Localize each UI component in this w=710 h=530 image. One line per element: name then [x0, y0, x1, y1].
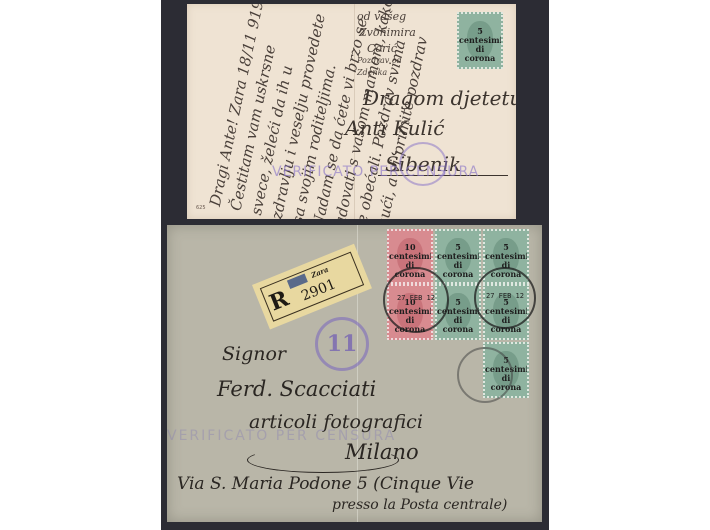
milano-underline — [247, 447, 399, 473]
stamp-5c: 5centesimidi corona — [435, 229, 481, 284]
postmark — [457, 347, 513, 403]
address-line: Ferd. Scacciati — [217, 377, 376, 401]
censor-stamp: VERIFICATO PER CENSURA — [272, 164, 479, 180]
sender-line: Corić — [367, 42, 397, 55]
overprint-text: di corona — [437, 316, 479, 334]
postcard-stamp: 5 centesimi di corona — [457, 12, 503, 69]
sender-line: Zdenka — [357, 68, 387, 77]
postmark-date: 27 FEB 12 — [476, 292, 534, 300]
postmark-date: 27 FEB 12 — [385, 294, 447, 302]
overprint-text: di corona — [437, 261, 479, 279]
sender-line: Zvonimira — [359, 26, 416, 39]
address-line: articoli fotografici — [249, 411, 423, 433]
stamp-overprint: 5centesimidi corona — [437, 243, 479, 279]
sender-line: Pozdrav od — [357, 56, 402, 65]
address-line: presso la Posta centrale) — [332, 497, 507, 513]
sender-line: od vašeg — [357, 10, 406, 23]
address-line: Anti Kulić — [345, 116, 445, 140]
overprint-text: di corona — [459, 45, 501, 63]
censor-number-mark: 11 — [315, 317, 369, 371]
postcard: Dragi Ante! Zara 18/11 919 Čestitam vam … — [187, 4, 516, 219]
registration-label: R Zara 2901 — [252, 244, 372, 330]
address-line: Dragom djetetu — [363, 86, 516, 110]
stamp-overprint: 5 centesimi di corona — [459, 27, 501, 63]
postmark: 27 FEB 12 — [474, 267, 536, 329]
address-line: Signor — [222, 343, 286, 365]
address-line: Via S. Maria Podone 5 (Cinque Vie — [177, 474, 474, 494]
card-number: 625 — [196, 205, 206, 211]
envelope: VERIFICATO PER CENSURA R Zara 2901 11 10… — [167, 225, 542, 522]
postmark: 27 FEB 12 — [383, 267, 449, 333]
